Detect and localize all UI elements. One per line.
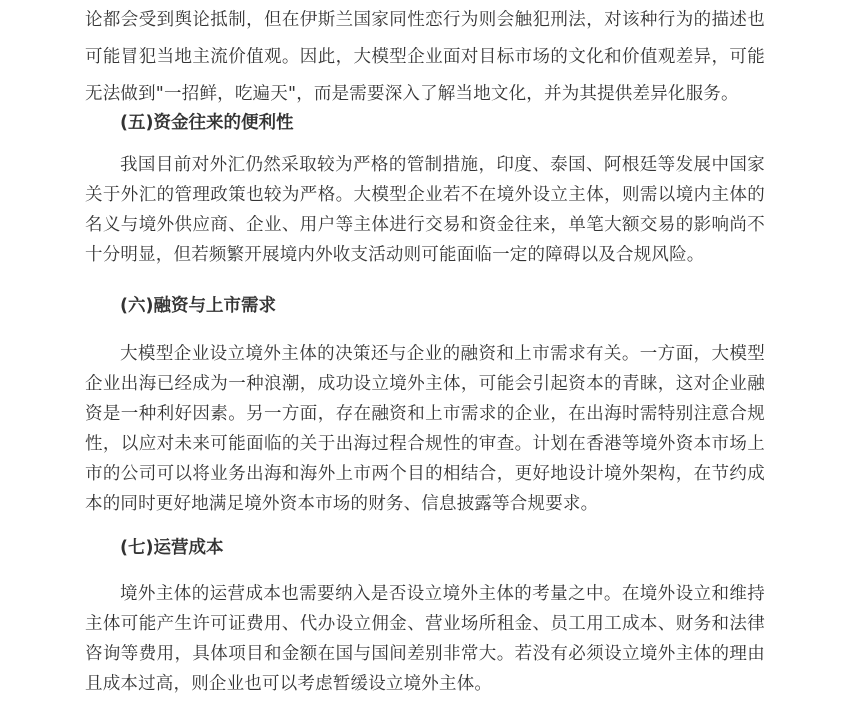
section-heading-financing-listing: (六)融资与上市需求 [85,296,765,316]
section-paragraph-operating-cost: 境外主体的运营成本也需要纳入是否设立境外主体的考量之中。在境外设立和维持主体可能… [85,579,765,699]
section-heading-funds-convenience: (五)资金往来的便利性 [85,113,765,133]
document-page: 论都会受到舆论抵制，但在伊斯兰国家同性恋行为则会触犯刑法，对该种行为的描述也可能… [0,0,849,701]
section-paragraph-funds-convenience: 我国目前对外汇仍然采取较为严格的管制措施，印度、泰国、阿根廷等发展中国家关于外汇… [85,150,765,270]
section-paragraph-financing-listing: 大模型企业设立境外主体的决策还与企业的融资和上市需求有关。一方面，大模型企业出海… [85,339,765,519]
section-heading-operating-cost: (七)运营成本 [85,538,765,558]
continuation-paragraph: 论都会受到舆论抵制，但在伊斯兰国家同性恋行为则会触犯刑法，对该种行为的描述也可能… [85,2,765,113]
